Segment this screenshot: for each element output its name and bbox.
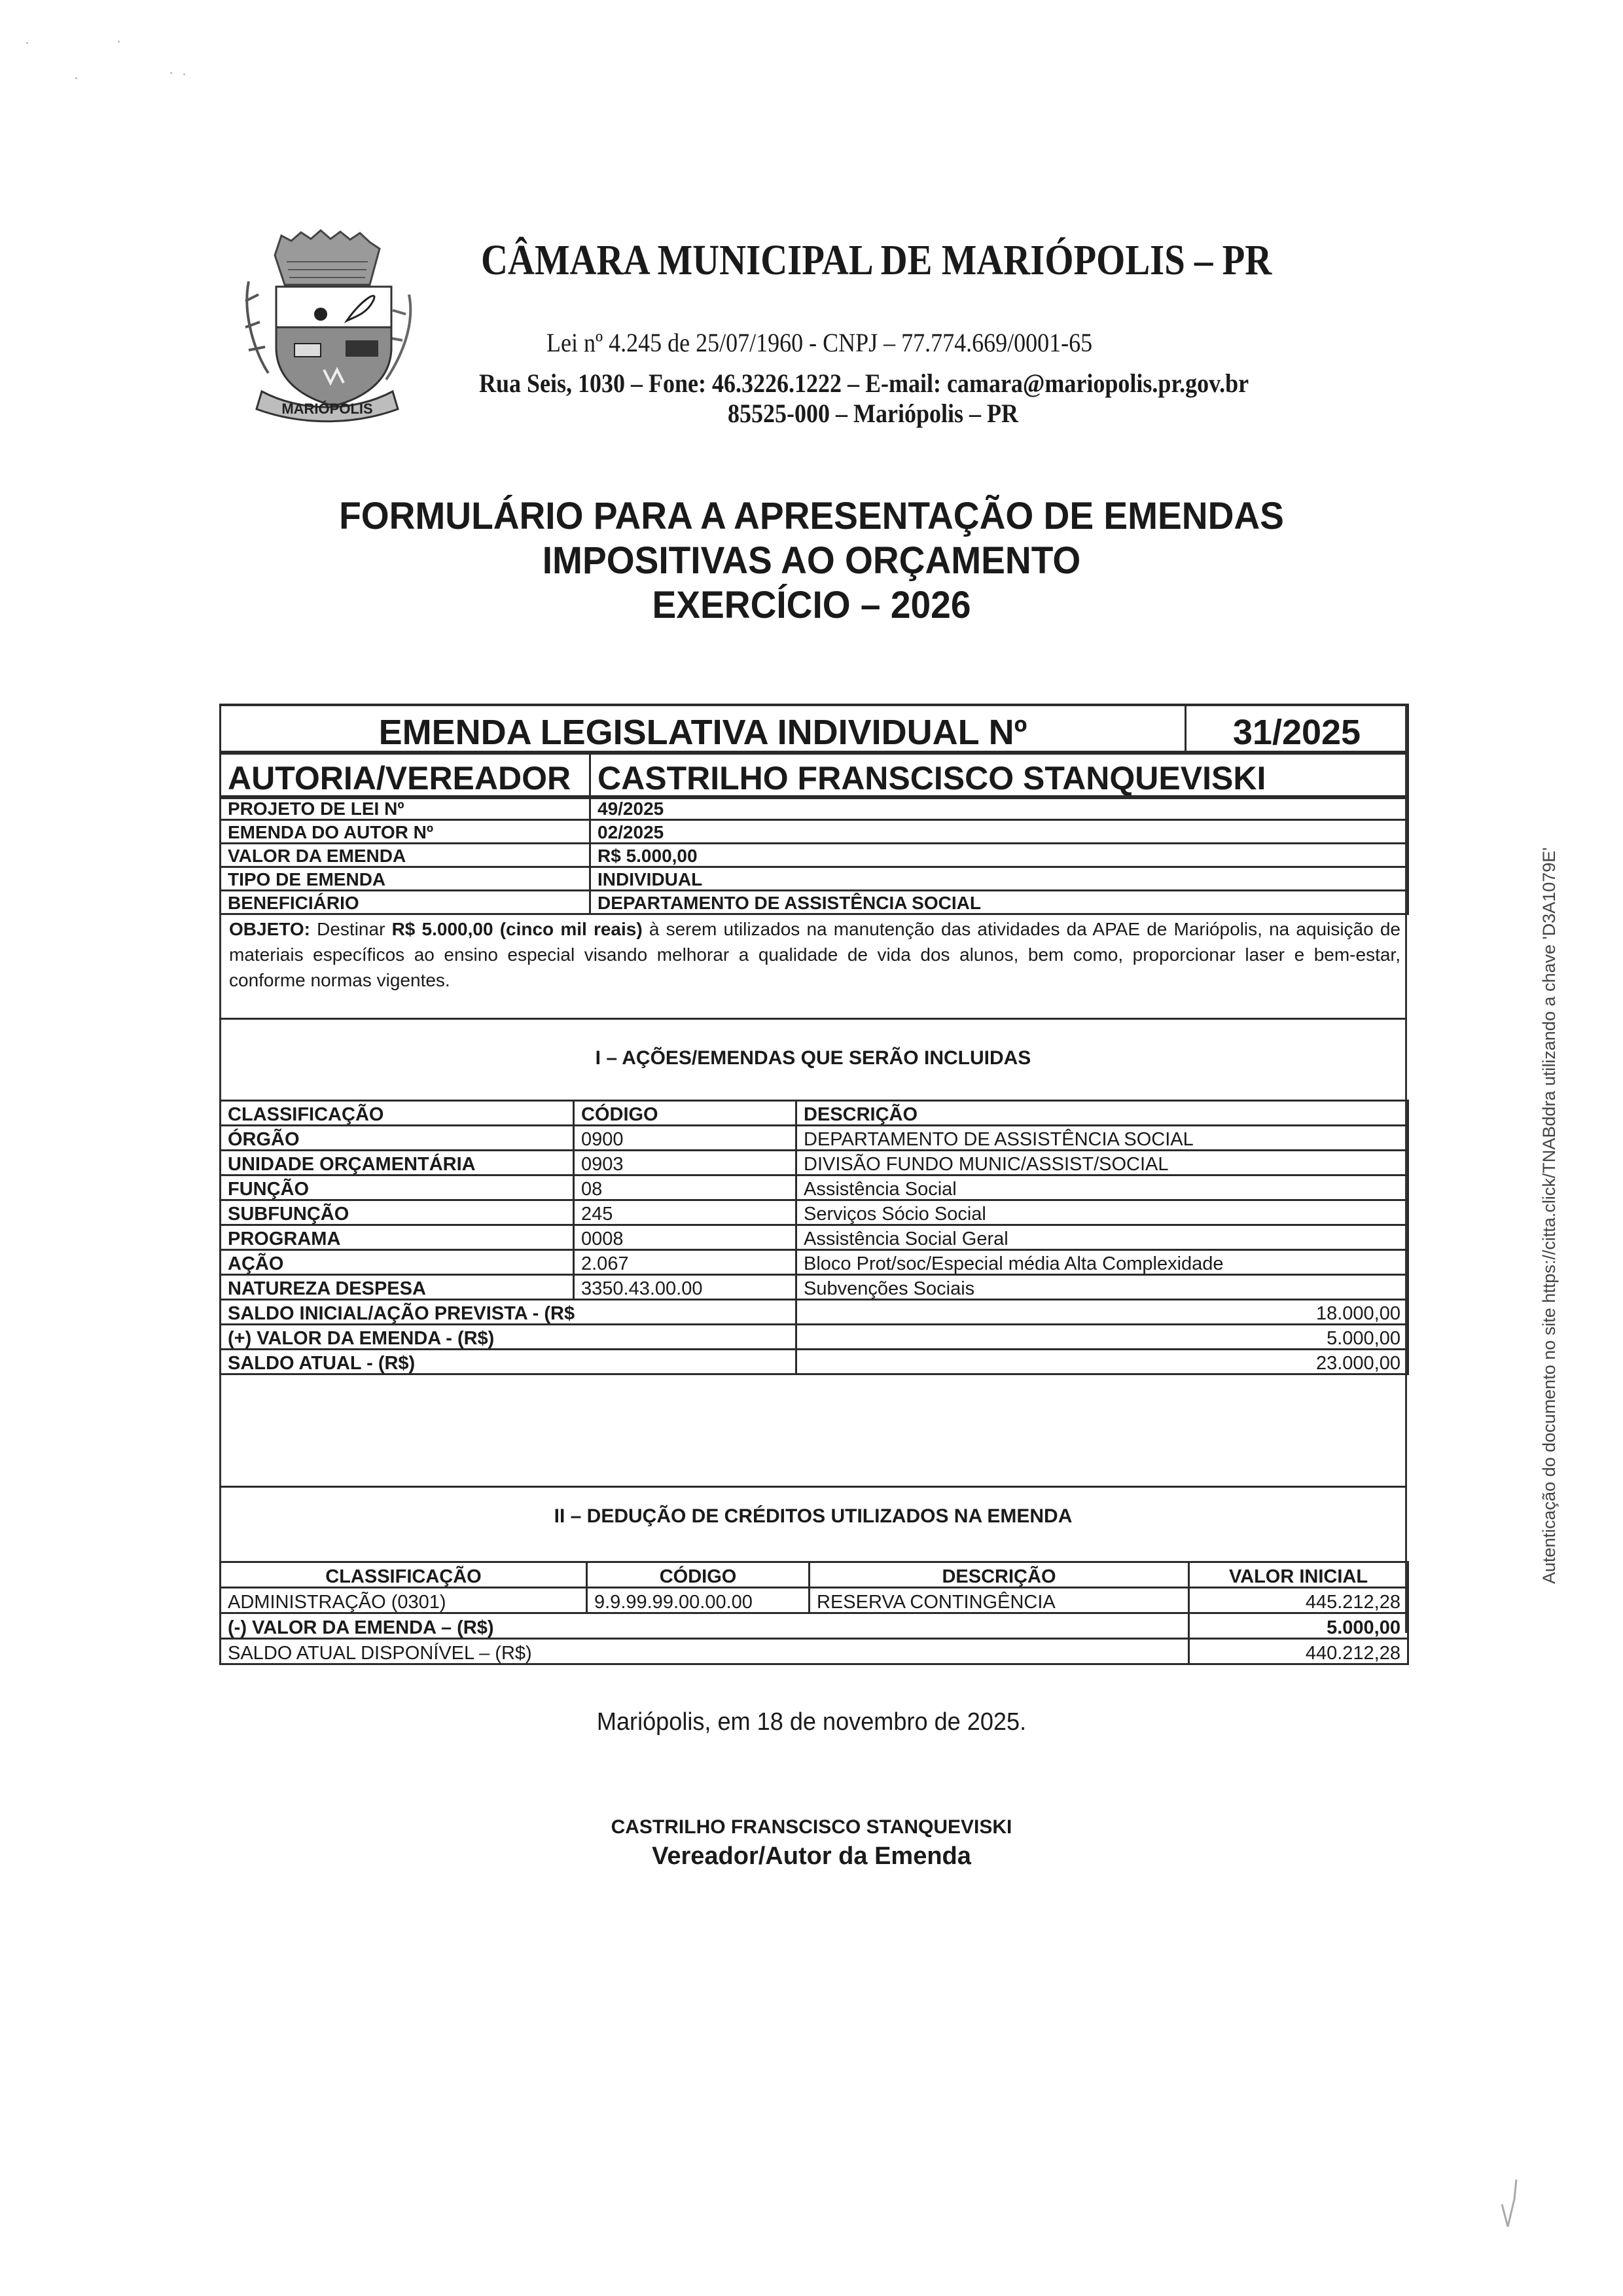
total-row: (-) VALOR DA EMENDA – (R$) 5.000,00 bbox=[221, 1613, 1408, 1639]
field-value: 49/2025 bbox=[590, 797, 1408, 820]
table-row: PROGRAMA0008Assistência Social Geral bbox=[221, 1225, 1408, 1250]
field-label: VALOR DA EMENDA bbox=[221, 844, 590, 867]
divider bbox=[219, 1486, 1407, 1488]
scan-speck bbox=[170, 72, 172, 74]
col-header: CLASSIFICAÇÃO bbox=[221, 1562, 587, 1588]
cell: ADMINISTRAÇÃO (0301) bbox=[221, 1588, 587, 1613]
objeto-pre: Destinar bbox=[310, 919, 392, 939]
deduction-table: CLASSIFICAÇÃO CÓDIGO DESCRIÇÃO VALOR INI… bbox=[219, 1561, 1409, 1665]
cell: PROGRAMA bbox=[221, 1225, 574, 1250]
col-header: CLASSIFICAÇÃO bbox=[221, 1101, 574, 1126]
section-1-title: I – AÇÕES/EMENDAS QUE SERÃO INCLUIDAS bbox=[219, 1047, 1407, 1069]
info-row: TIPO DE EMENDAINDIVIDUAL bbox=[221, 867, 1408, 891]
cell: ÓRGÃO bbox=[221, 1126, 574, 1151]
cell: FUNÇÃO bbox=[221, 1175, 574, 1200]
actions-header-row: CLASSIFICAÇÃO CÓDIGO DESCRIÇÃO bbox=[221, 1101, 1408, 1126]
svg-text:MARIÓPOLIS: MARIÓPOLIS bbox=[281, 401, 372, 417]
field-label: PROJETO DE LEI Nº bbox=[221, 797, 590, 820]
amendment-info-table: PROJETO DE LEI Nº49/2025 EMENDA DO AUTOR… bbox=[219, 795, 1409, 915]
amendment-header-table: EMENDA LEGISLATIVA INDIVIDUAL Nº 31/2025 bbox=[219, 704, 1409, 755]
institution-cep: 85525-000 – Mariópolis – PR bbox=[728, 398, 1552, 429]
cell: NATUREZA DESPESA bbox=[221, 1275, 574, 1300]
cell: 0900 bbox=[574, 1126, 796, 1151]
scan-speck bbox=[183, 73, 185, 75]
deduction-header-row: CLASSIFICAÇÃO CÓDIGO DESCRIÇÃO VALOR INI… bbox=[221, 1562, 1408, 1588]
author-label: AUTORIA/VEREADOR bbox=[221, 752, 590, 798]
institution-law-cnpj: Lei nº 4.245 de 25/07/1960 - CNPJ – 77.7… bbox=[546, 327, 1371, 358]
field-value: R$ 5.000,00 bbox=[590, 844, 1408, 867]
author-table: AUTORIA/VEREADOR CASTRILHO FRANSCISCO ST… bbox=[219, 751, 1409, 799]
cell: 9.9.99.99.00.00.00 bbox=[587, 1588, 810, 1613]
col-header: VALOR INICIAL bbox=[1189, 1562, 1408, 1588]
cell: Assistência Social Geral bbox=[796, 1225, 1408, 1250]
cell: 0008 bbox=[574, 1225, 796, 1250]
authentication-stamp: Autenticação do documento no site https:… bbox=[1539, 848, 1560, 1584]
institution-address: Rua Seis, 1030 – Fone: 46.3226.1222 – E-… bbox=[479, 368, 1304, 399]
author-row: AUTORIA/VEREADOR CASTRILHO FRANSCISCO ST… bbox=[221, 752, 1408, 798]
section-2-title: II – DEDUÇÃO DE CRÉDITOS UTILIZADOS NA E… bbox=[219, 1505, 1407, 1528]
pen-check-mark-icon bbox=[1499, 2179, 1525, 2232]
objeto-label: OBJETO: bbox=[229, 919, 310, 939]
info-row: BENEFICIÁRIODEPARTAMENTO DE ASSISTÊNCIA … bbox=[221, 891, 1408, 914]
cell: UNIDADE ORÇAMENTÁRIA bbox=[221, 1151, 574, 1175]
table-row: SUBFUNÇÃO245Serviços Sócio Social bbox=[221, 1200, 1408, 1225]
table-row: ADMINISTRAÇÃO (0301) 9.9.99.99.00.00.00 … bbox=[221, 1588, 1408, 1613]
cell: Subvenções Sociais bbox=[796, 1275, 1408, 1300]
cell: 3350.43.00.00 bbox=[574, 1275, 796, 1300]
scan-speck bbox=[118, 41, 120, 43]
col-header: DESCRIÇÃO bbox=[796, 1101, 1408, 1126]
table-row: FUNÇÃO08Assistência Social bbox=[221, 1175, 1408, 1200]
field-value: 02/2025 bbox=[590, 820, 1408, 844]
field-label: EMENDA DO AUTOR Nº bbox=[221, 820, 590, 844]
total-row: SALDO INICIAL/AÇÃO PREVISTA - (R$18.000,… bbox=[221, 1300, 1408, 1325]
amendment-number-row: EMENDA LEGISLATIVA INDIVIDUAL Nº 31/2025 bbox=[221, 705, 1408, 754]
total-value: 440.212,28 bbox=[1189, 1639, 1408, 1664]
field-label: TIPO DE EMENDA bbox=[221, 867, 590, 891]
amendment-heading: EMENDA LEGISLATIVA INDIVIDUAL Nº bbox=[221, 705, 1186, 754]
total-label: SALDO ATUAL - (R$) bbox=[221, 1350, 796, 1374]
form-title-line-2: IMPOSITIVAS AO ORÇAMENTO bbox=[41, 539, 1582, 583]
divider bbox=[219, 1018, 1407, 1020]
total-value: 5.000,00 bbox=[1189, 1613, 1408, 1639]
form-title-line-3: EXERCÍCIO – 2026 bbox=[41, 583, 1582, 628]
cell: 245 bbox=[574, 1200, 796, 1225]
total-label: (+) VALOR DA EMENDA - (R$) bbox=[221, 1325, 796, 1350]
form-title-line-1: FORMULÁRIO PARA A APRESENTAÇÃO DE EMENDA… bbox=[41, 494, 1582, 539]
cell: DEPARTAMENTO DE ASSISTÊNCIA SOCIAL bbox=[796, 1126, 1408, 1151]
cell: AÇÃO bbox=[221, 1250, 574, 1275]
table-row: AÇÃO2.067Bloco Prot/soc/Especial média A… bbox=[221, 1250, 1408, 1275]
total-label: SALDO INICIAL/AÇÃO PREVISTA - (R$ bbox=[221, 1300, 796, 1325]
cell: DIVISÃO FUNDO MUNIC/ASSIST/SOCIAL bbox=[796, 1151, 1408, 1175]
scan-speck bbox=[26, 42, 28, 44]
field-value: INDIVIDUAL bbox=[590, 867, 1408, 891]
total-label: (-) VALOR DA EMENDA – (R$) bbox=[221, 1613, 1189, 1639]
objeto-paragraph: OBJETO: Destinar R$ 5.000,00 (cinco mil … bbox=[221, 916, 1408, 993]
cell: Bloco Prot/soc/Especial média Alta Compl… bbox=[796, 1250, 1408, 1275]
info-row: EMENDA DO AUTOR Nº02/2025 bbox=[221, 820, 1408, 844]
total-row: SALDO ATUAL - (R$)23.000,00 bbox=[221, 1350, 1408, 1374]
cell: RESERVA CONTINGÊNCIA bbox=[810, 1588, 1189, 1613]
institution-title: CÂMARA MUNICIPAL DE MARIÓPOLIS – PR bbox=[481, 236, 1269, 285]
cell: 0903 bbox=[574, 1151, 796, 1175]
signer-name: CASTRILHO FRANSCISCO STANQUEVISKI bbox=[0, 1816, 1623, 1839]
info-row: VALOR DA EMENDAR$ 5.000,00 bbox=[221, 844, 1408, 867]
signer-role: Vereador/Autor da Emenda bbox=[0, 1842, 1623, 1871]
col-header: CÓDIGO bbox=[587, 1562, 810, 1588]
total-label: SALDO ATUAL DISPONÍVEL – (R$) bbox=[221, 1639, 1189, 1664]
amendment-number: 31/2025 bbox=[1186, 705, 1408, 754]
total-row: SALDO ATUAL DISPONÍVEL – (R$) 440.212,28 bbox=[221, 1639, 1408, 1664]
author-value: CASTRILHO FRANSCISCO STANQUEVISKI bbox=[590, 752, 1408, 798]
table-row: ÓRGÃO0900DEPARTAMENTO DE ASSISTÊNCIA SOC… bbox=[221, 1126, 1408, 1151]
info-row: PROJETO DE LEI Nº49/2025 bbox=[221, 797, 1408, 820]
form-title: FORMULÁRIO PARA A APRESENTAÇÃO DE EMENDA… bbox=[0, 494, 1623, 628]
col-header: DESCRIÇÃO bbox=[810, 1562, 1189, 1588]
field-value: DEPARTAMENTO DE ASSISTÊNCIA SOCIAL bbox=[590, 891, 1408, 914]
table-row: UNIDADE ORÇAMENTÁRIA0903DIVISÃO FUNDO MU… bbox=[221, 1151, 1408, 1175]
cell: 445.212,28 bbox=[1189, 1588, 1408, 1613]
actions-table: CLASSIFICAÇÃO CÓDIGO DESCRIÇÃO ÓRGÃO0900… bbox=[219, 1100, 1409, 1375]
cell: SUBFUNÇÃO bbox=[221, 1200, 574, 1225]
document-date: Mariópolis, em 18 de novembro de 2025. bbox=[41, 1708, 1582, 1736]
scan-speck bbox=[75, 77, 77, 79]
total-value: 18.000,00 bbox=[796, 1300, 1408, 1325]
field-label: BENEFICIÁRIO bbox=[221, 891, 590, 914]
cell: Serviços Sócio Social bbox=[796, 1200, 1408, 1225]
cell: 2.067 bbox=[574, 1250, 796, 1275]
objeto-amount: R$ 5.000,00 (cinco mil reais) bbox=[392, 919, 643, 939]
cell: Assistência Social bbox=[796, 1175, 1408, 1200]
total-value: 23.000,00 bbox=[796, 1350, 1408, 1374]
col-header: CÓDIGO bbox=[574, 1101, 796, 1126]
total-value: 5.000,00 bbox=[796, 1325, 1408, 1350]
table-row: NATUREZA DESPESA3350.43.00.00Subvenções … bbox=[221, 1275, 1408, 1300]
total-row: (+) VALOR DA EMENDA - (R$)5.000,00 bbox=[221, 1325, 1408, 1350]
municipal-coat-of-arms-icon: MARIÓPOLIS bbox=[229, 223, 425, 425]
cell: 08 bbox=[574, 1175, 796, 1200]
